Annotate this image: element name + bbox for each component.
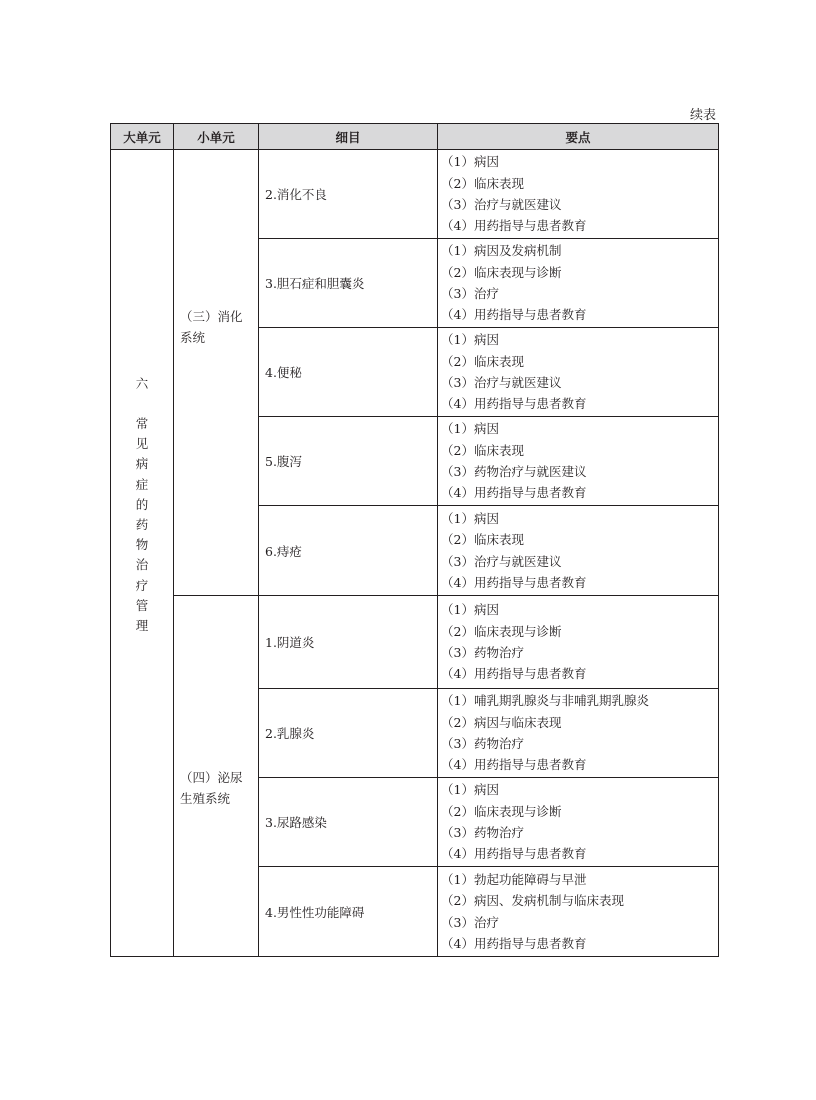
key-points-cell: （1）哺乳期乳腺炎与非哺乳期乳腺炎（2）病因与临床表现（3）药物治疗（4）用药指… bbox=[438, 689, 719, 778]
item-cell: 4.便秘 bbox=[259, 328, 438, 417]
item-cell: 1.阴道炎 bbox=[259, 596, 438, 689]
minor-unit-cell: （四）泌尿生殖系统 bbox=[174, 596, 259, 957]
key-point: （2）病因、发病机制与临床表现 bbox=[441, 890, 714, 911]
unit-title-char: 的 bbox=[111, 495, 173, 515]
item-cell: 4.男性性功能障碍 bbox=[259, 867, 438, 957]
table-header-row: 大单元 小单元 细目 要点 bbox=[111, 124, 719, 150]
minor-unit-label-line2: 系统 bbox=[180, 327, 254, 348]
key-point: （1）病因 bbox=[441, 418, 714, 439]
unit-number: 六 bbox=[111, 374, 173, 394]
key-points-cell: （1）病因（2）临床表现（3）药物治疗与就医建议（4）用药指导与患者教育 bbox=[438, 417, 719, 506]
key-point: （2）临床表现 bbox=[441, 440, 714, 461]
header-minor-unit: 小单元 bbox=[174, 124, 259, 150]
key-point: （3）治疗 bbox=[441, 283, 714, 304]
item-cell: 3.尿路感染 bbox=[259, 778, 438, 867]
key-point: （1）勃起功能障碍与早泄 bbox=[441, 869, 714, 890]
unit-title-char: 常 bbox=[111, 414, 173, 434]
unit-title-char: 病 bbox=[111, 454, 173, 474]
minor-unit-label-line1: （三）消化 bbox=[180, 306, 254, 327]
item-name: 2.乳腺炎 bbox=[265, 726, 314, 741]
minor-unit-label-line1: （四）泌尿 bbox=[180, 767, 254, 788]
item-cell: 2.乳腺炎 bbox=[259, 689, 438, 778]
key-point: （4）用药指导与患者教育 bbox=[441, 843, 714, 864]
item-name: 3.尿路感染 bbox=[265, 815, 327, 830]
key-point: （4）用药指导与患者教育 bbox=[441, 663, 714, 684]
header-item: 细目 bbox=[259, 124, 438, 150]
key-point: （2）临床表现与诊断 bbox=[441, 621, 714, 642]
key-points-cell: （1）病因（2）临床表现与诊断（3）药物治疗（4）用药指导与患者教育 bbox=[438, 596, 719, 689]
major-unit-cell: 六常见病症的药物治疗管理 bbox=[111, 150, 174, 957]
syllabus-table: 大单元 小单元 细目 要点 六常见病症的药物治疗管理（三）消化系统2.消化不良（… bbox=[110, 123, 719, 957]
unit-title-char: 症 bbox=[111, 475, 173, 495]
key-point: （3）药物治疗 bbox=[441, 642, 714, 663]
minor-unit-label-line2: 生殖系统 bbox=[180, 788, 254, 809]
key-point: （3）治疗 bbox=[441, 912, 714, 933]
key-point: （1）哺乳期乳腺炎与非哺乳期乳腺炎 bbox=[441, 690, 714, 711]
unit-title-char: 理 bbox=[111, 616, 173, 636]
key-point: （1）病因 bbox=[441, 599, 714, 620]
key-point: （3）治疗与就医建议 bbox=[441, 372, 714, 393]
key-points-cell: （1）勃起功能障碍与早泄（2）病因、发病机制与临床表现（3）治疗（4）用药指导与… bbox=[438, 867, 719, 957]
key-point: （2）临床表现与诊断 bbox=[441, 801, 714, 822]
header-key-points: 要点 bbox=[438, 124, 719, 150]
unit-title-char: 药 bbox=[111, 515, 173, 535]
key-points-cell: （1）病因（2）临床表现与诊断（3）药物治疗（4）用药指导与患者教育 bbox=[438, 778, 719, 867]
key-point: （4）用药指导与患者教育 bbox=[441, 393, 714, 414]
key-point: （4）用药指导与患者教育 bbox=[441, 482, 714, 503]
key-point: （2）临床表现 bbox=[441, 173, 714, 194]
key-points-cell: （1）病因（2）临床表现（3）治疗与就医建议（4）用药指导与患者教育 bbox=[438, 150, 719, 239]
key-point: （3）治疗与就医建议 bbox=[441, 551, 714, 572]
key-points-cell: （1）病因及发病机制（2）临床表现与诊断（3）治疗（4）用药指导与患者教育 bbox=[438, 239, 719, 328]
item-name: 1.阴道炎 bbox=[265, 635, 314, 650]
key-points-cell: （1）病因（2）临床表现（3）治疗与就医建议（4）用药指导与患者教育 bbox=[438, 506, 719, 596]
item-name: 4.便秘 bbox=[265, 365, 302, 380]
continued-table-caption: 续表 bbox=[690, 104, 716, 123]
item-cell: 5.腹泻 bbox=[259, 417, 438, 506]
item-name: 4.男性性功能障碍 bbox=[265, 905, 364, 920]
key-point: （2）临床表现 bbox=[441, 351, 714, 372]
item-cell: 2.消化不良 bbox=[259, 150, 438, 239]
key-point: （3）药物治疗 bbox=[441, 733, 714, 754]
key-point: （4）用药指导与患者教育 bbox=[441, 754, 714, 775]
item-name: 5.腹泻 bbox=[265, 454, 302, 469]
key-point: （2）临床表现 bbox=[441, 529, 714, 550]
item-name: 2.消化不良 bbox=[265, 187, 327, 202]
unit-title-char: 疗 bbox=[111, 576, 173, 596]
unit-title-char: 物 bbox=[111, 535, 173, 555]
key-point: （4）用药指导与患者教育 bbox=[441, 933, 714, 954]
key-point: （1）病因 bbox=[441, 508, 714, 529]
key-point: （2）临床表现与诊断 bbox=[441, 262, 714, 283]
key-point: （4）用药指导与患者教育 bbox=[441, 304, 714, 325]
minor-unit-cell: （三）消化系统 bbox=[174, 150, 259, 596]
key-point: （3）治疗与就医建议 bbox=[441, 194, 714, 215]
key-points-cell: （1）病因（2）临床表现（3）治疗与就医建议（4）用药指导与患者教育 bbox=[438, 328, 719, 417]
unit-title-char: 治 bbox=[111, 555, 173, 575]
key-point: （1）病因 bbox=[441, 329, 714, 350]
unit-title-char: 见 bbox=[111, 434, 173, 454]
table-row: 六常见病症的药物治疗管理（三）消化系统2.消化不良（1）病因（2）临床表现（3）… bbox=[111, 150, 719, 239]
key-point: （3）药物治疗 bbox=[441, 822, 714, 843]
table-row: （四）泌尿生殖系统1.阴道炎（1）病因（2）临床表现与诊断（3）药物治疗（4）用… bbox=[111, 596, 719, 689]
key-point: （3）药物治疗与就医建议 bbox=[441, 461, 714, 482]
key-point: （4）用药指导与患者教育 bbox=[441, 215, 714, 236]
header-major-unit: 大单元 bbox=[111, 124, 174, 150]
unit-title-char: 管 bbox=[111, 596, 173, 616]
key-point: （1）病因 bbox=[441, 779, 714, 800]
item-name: 3.胆石症和胆囊炎 bbox=[265, 276, 364, 291]
item-name: 6.痔疮 bbox=[265, 544, 302, 559]
key-point: （4）用药指导与患者教育 bbox=[441, 572, 714, 593]
item-cell: 6.痔疮 bbox=[259, 506, 438, 596]
item-cell: 3.胆石症和胆囊炎 bbox=[259, 239, 438, 328]
key-point: （2）病因与临床表现 bbox=[441, 712, 714, 733]
key-point: （1）病因 bbox=[441, 151, 714, 172]
key-point: （1）病因及发病机制 bbox=[441, 240, 714, 261]
